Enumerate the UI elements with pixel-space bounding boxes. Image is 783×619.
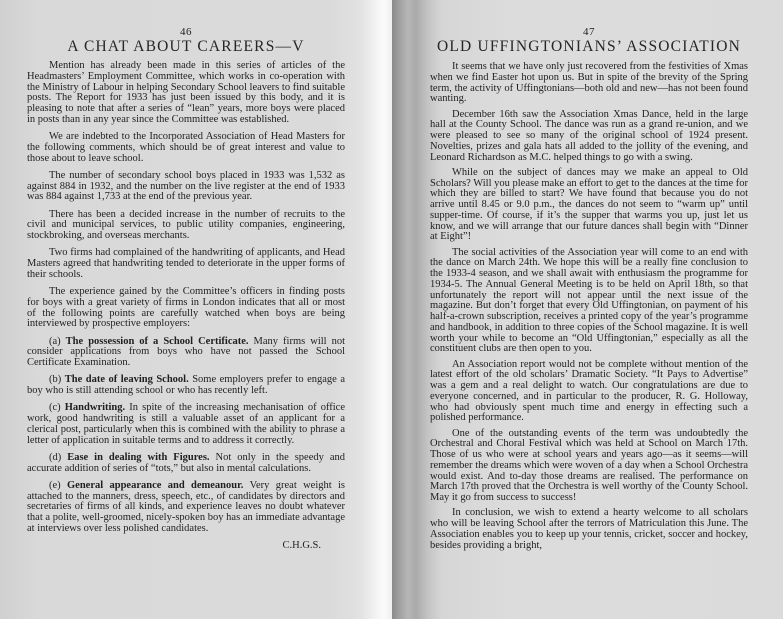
paragraph: While on the subject of dances may we ma… [430, 168, 748, 243]
item-marker: (e) [49, 480, 61, 491]
page-number: 46 [27, 26, 345, 38]
paragraph: Mention has already been made in this se… [27, 61, 345, 126]
right-page: 47 OLD UFFINGTONIANS’ ASSOCIATION It see… [392, 0, 783, 619]
article-body: It seems that we have only just recovere… [430, 62, 748, 556]
item-heading: Handwriting. [65, 402, 125, 413]
item-heading: The date of leaving School. [65, 374, 189, 385]
article-body: Mention has already been made in this se… [27, 61, 345, 552]
signature-row: C.H.G.S. [27, 541, 345, 552]
article-title: A CHAT ABOUT CAREERS—V [27, 38, 345, 56]
paragraph: One of the outstanding events of the ter… [430, 429, 748, 504]
article-title: OLD UFFINGTONIANS’ ASSOCIATION [430, 38, 748, 56]
paragraph: It seems that we have only just recovere… [430, 62, 748, 105]
item-heading: The possession of a School Certificate. [66, 336, 249, 347]
item-marker: (a) [49, 336, 61, 347]
list-item-c: (c) Handwriting. In spite of the increas… [27, 403, 345, 446]
list-item-e: (e) General appearance and demeanour. Ve… [27, 481, 345, 535]
paragraph: An Association report would not be compl… [430, 360, 748, 425]
item-marker: (b) [49, 374, 61, 385]
list-item-d: (d) Ease in dealing with Figures. Not on… [27, 453, 345, 475]
item-heading: General appearance and demeanour. [67, 480, 243, 491]
paragraph: We are indebted to the Incorporated Asso… [27, 132, 345, 164]
item-marker: (c) [49, 402, 61, 413]
paragraph: There has been a decided increase in the… [27, 210, 345, 242]
left-page: 46 A CHAT ABOUT CAREERS—V Mention has al… [0, 0, 392, 619]
item-marker: (d) [49, 452, 61, 463]
paragraph: In conclusion, we wish to extend a heart… [430, 508, 748, 551]
author-signature: C.H.G.S. [282, 541, 345, 552]
list-item-b: (b) The date of leaving School. Some emp… [27, 375, 345, 397]
paragraph: The number of secondary school boys plac… [27, 171, 345, 203]
paragraph: Two firms had complained of the handwrit… [27, 248, 345, 280]
list-item-a: (a) The possession of a School Certifica… [27, 337, 345, 369]
item-heading: Ease in dealing with Figures. [67, 452, 209, 463]
paragraph: The experience gained by the Committee’s… [27, 287, 345, 330]
page-number: 47 [430, 26, 748, 38]
paragraph: The social activities of the Association… [430, 248, 748, 356]
paragraph: December 16th saw the Association Xmas D… [430, 110, 748, 164]
